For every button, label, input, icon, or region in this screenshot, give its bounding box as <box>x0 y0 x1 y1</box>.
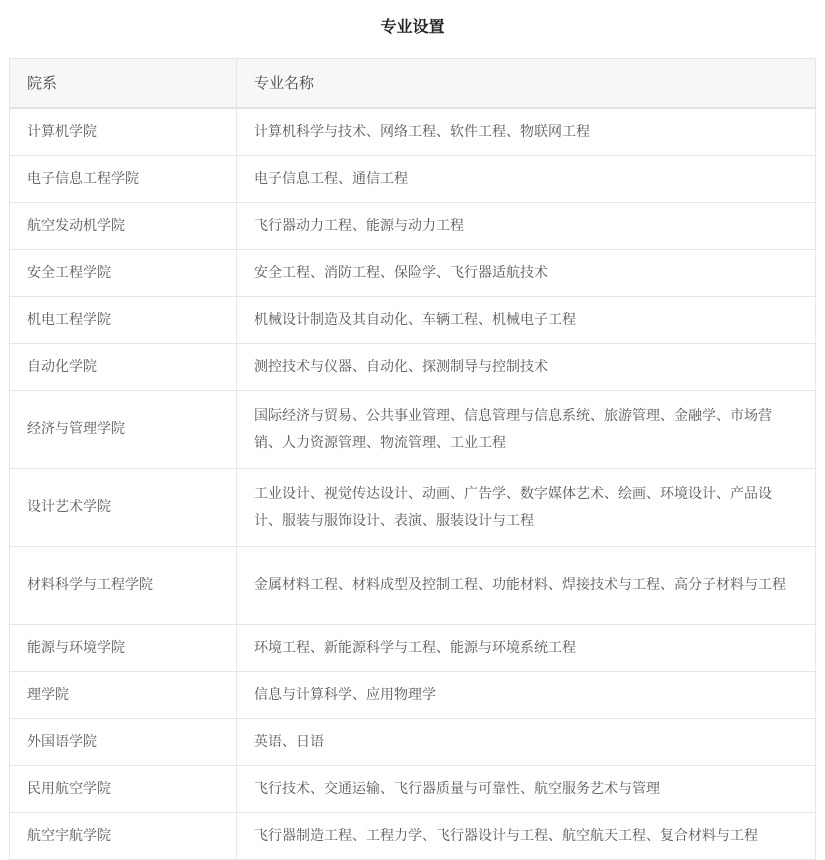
table-row: 外国语学院英语、日语 <box>10 719 816 766</box>
table-row: 能源与环境学院环境工程、新能源科学与工程、能源与环境系统工程 <box>10 625 816 672</box>
table-row: 电子信息工程学院电子信息工程、通信工程 <box>10 156 816 203</box>
dept-cell: 计算机学院 <box>10 108 237 156</box>
header-majors: 专业名称 <box>237 59 816 109</box>
majors-cell: 工业设计、视觉传达设计、动画、广告学、数字媒体艺术、绘画、环境设计、产品设计、服… <box>237 469 816 547</box>
dept-cell: 外国语学院 <box>10 719 237 766</box>
table-row: 民用航空学院飞行技术、交通运输、飞行器质量与可靠性、航空服务艺术与管理 <box>10 766 816 813</box>
majors-cell: 国际经济与贸易、公共事业管理、信息管理与信息系统、旅游管理、金融学、市场营销、人… <box>237 391 816 469</box>
dept-cell: 自动化学院 <box>10 344 237 391</box>
dept-cell: 航空宇航学院 <box>10 813 237 860</box>
majors-cell: 飞行技术、交通运输、飞行器质量与可靠性、航空服务艺术与管理 <box>237 766 816 813</box>
table-row: 材料科学与工程学院金属材料工程、材料成型及控制工程、功能材料、焊接技术与工程、高… <box>10 547 816 625</box>
table-row: 经济与管理学院国际经济与贸易、公共事业管理、信息管理与信息系统、旅游管理、金融学… <box>10 391 816 469</box>
majors-cell: 测控技术与仪器、自动化、探测制导与控制技术 <box>237 344 816 391</box>
dept-cell: 民用航空学院 <box>10 766 237 813</box>
table-row: 理学院信息与计算科学、应用物理学 <box>10 672 816 719</box>
table-row: 航空宇航学院飞行器制造工程、工程力学、飞行器设计与工程、航空航天工程、复合材料与… <box>10 813 816 860</box>
majors-cell: 飞行器动力工程、能源与动力工程 <box>237 203 816 250</box>
table-row: 设计艺术学院工业设计、视觉传达设计、动画、广告学、数字媒体艺术、绘画、环境设计、… <box>10 469 816 547</box>
majors-table: 院系 专业名称 计算机学院计算机科学与技术、网络工程、软件工程、物联网工程电子信… <box>9 58 816 860</box>
majors-cell: 信息与计算科学、应用物理学 <box>237 672 816 719</box>
dept-cell: 电子信息工程学院 <box>10 156 237 203</box>
majors-cell: 安全工程、消防工程、保险学、飞行器适航技术 <box>237 250 816 297</box>
dept-cell: 能源与环境学院 <box>10 625 237 672</box>
table-row: 计算机学院计算机科学与技术、网络工程、软件工程、物联网工程 <box>10 108 816 156</box>
majors-cell: 机械设计制造及其自动化、车辆工程、机械电子工程 <box>237 297 816 344</box>
majors-cell: 计算机科学与技术、网络工程、软件工程、物联网工程 <box>237 108 816 156</box>
table-row: 机电工程学院机械设计制造及其自动化、车辆工程、机械电子工程 <box>10 297 816 344</box>
table-header-row: 院系 专业名称 <box>10 59 816 109</box>
majors-cell: 环境工程、新能源科学与工程、能源与环境系统工程 <box>237 625 816 672</box>
majors-cell: 金属材料工程、材料成型及控制工程、功能材料、焊接技术与工程、高分子材料与工程 <box>237 547 816 625</box>
dept-cell: 设计艺术学院 <box>10 469 237 547</box>
dept-cell: 材料科学与工程学院 <box>10 547 237 625</box>
majors-cell: 飞行器制造工程、工程力学、飞行器设计与工程、航空航天工程、复合材料与工程 <box>237 813 816 860</box>
dept-cell: 航空发动机学院 <box>10 203 237 250</box>
table-row: 航空发动机学院飞行器动力工程、能源与动力工程 <box>10 203 816 250</box>
table-row: 自动化学院测控技术与仪器、自动化、探测制导与控制技术 <box>10 344 816 391</box>
dept-cell: 理学院 <box>10 672 237 719</box>
majors-cell: 电子信息工程、通信工程 <box>237 156 816 203</box>
dept-cell: 经济与管理学院 <box>10 391 237 469</box>
dept-cell: 安全工程学院 <box>10 250 237 297</box>
page-title: 专业设置 <box>0 0 825 42</box>
table-row: 安全工程学院安全工程、消防工程、保险学、飞行器适航技术 <box>10 250 816 297</box>
header-dept: 院系 <box>10 59 237 109</box>
majors-cell: 英语、日语 <box>237 719 816 766</box>
dept-cell: 机电工程学院 <box>10 297 237 344</box>
